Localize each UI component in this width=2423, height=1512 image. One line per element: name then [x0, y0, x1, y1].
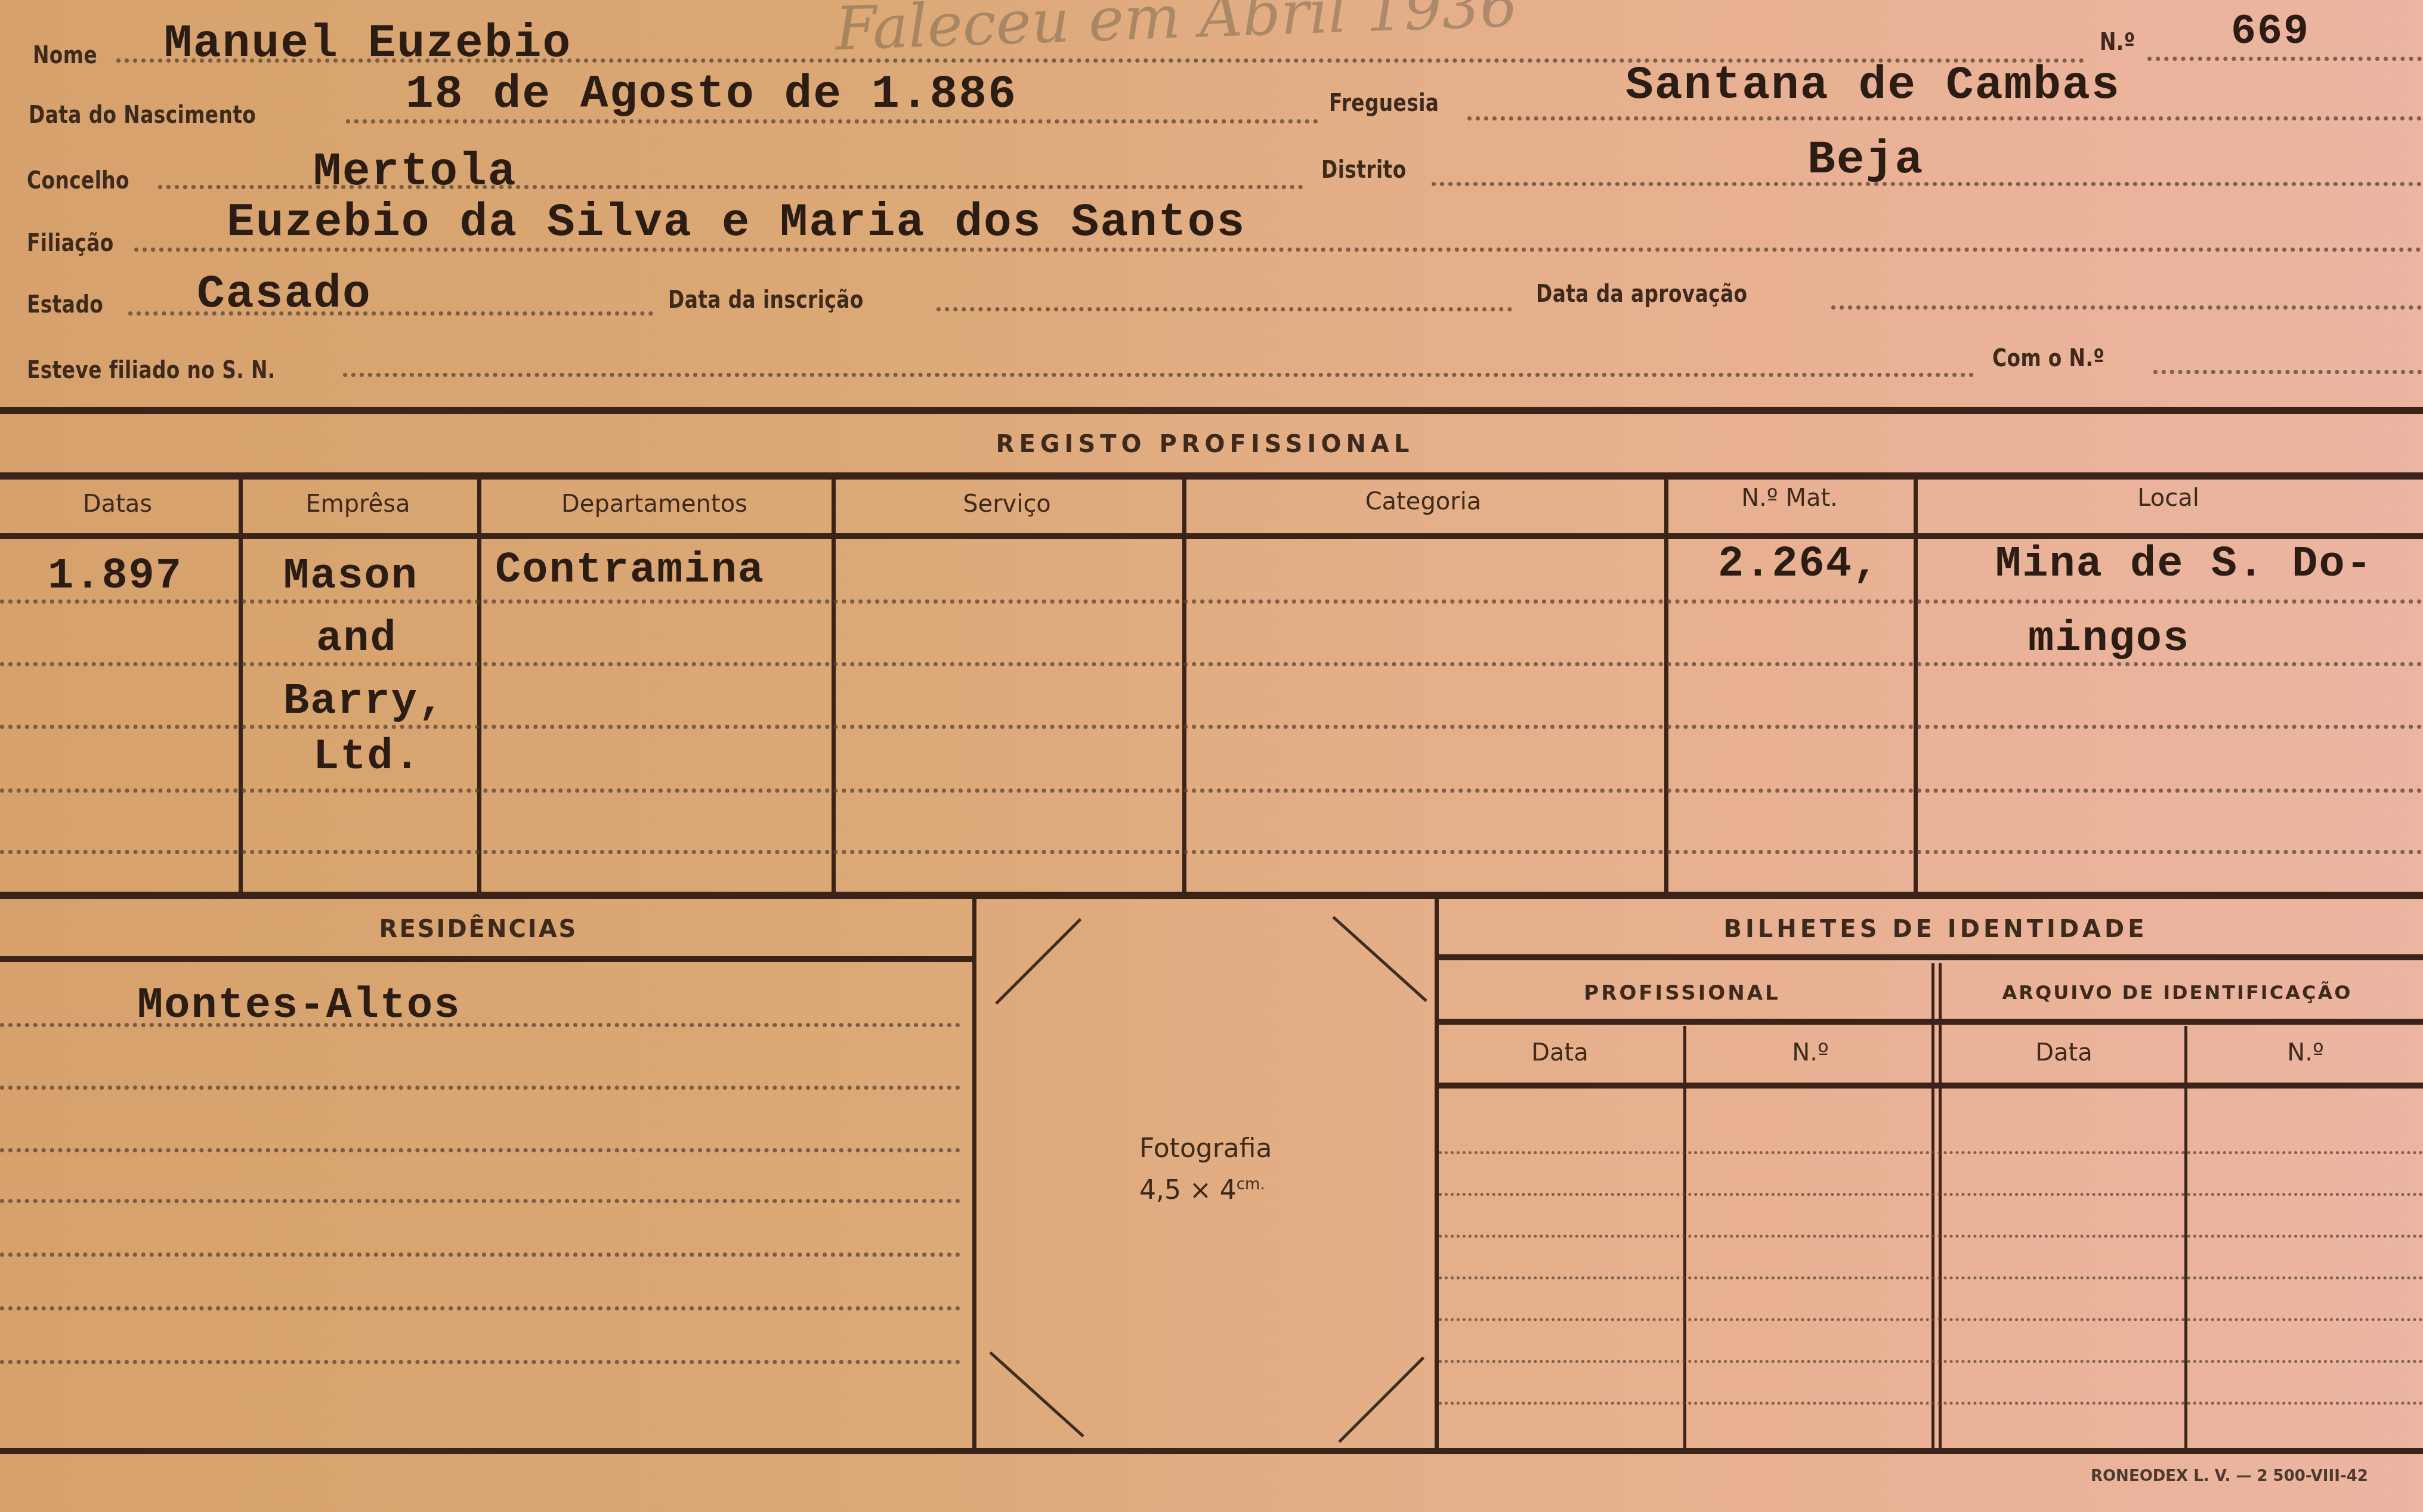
label-numero: N.º: [2100, 29, 2135, 56]
divider-bilhetes-header: [1439, 954, 2423, 960]
entry-empresa-line-4[interactable]: Ltd.: [313, 732, 421, 781]
col-sep-2: [477, 477, 481, 892]
divider-residencias-header: [0, 956, 972, 962]
photo-corner-bottom-left: [989, 1352, 1084, 1437]
entry-empresa-line-1[interactable]: Mason: [283, 552, 418, 601]
label-data-nascimento: Data do Nascimento: [29, 101, 256, 129]
photo-size-unit: cm.: [1237, 1176, 1265, 1193]
section-title-bilhetes: BILHETES DE IDENTIDADE: [1723, 916, 2147, 943]
label-com-o-numero: Com o N.º: [1992, 345, 2104, 372]
arq-col-sep: [2184, 1026, 2187, 1449]
row-line-5: [0, 850, 2423, 854]
entry-datas[interactable]: 1.897: [48, 552, 183, 601]
prof-header-numero: N.º: [1792, 1039, 1828, 1066]
label-estado: Estado: [27, 291, 103, 319]
value-data-nascimento[interactable]: 18 de Agosto de 1.886: [406, 69, 1017, 121]
col-header-departamentos: Departamentos: [561, 490, 747, 518]
line-numero: [2147, 57, 2422, 61]
label-esteve-filiado: Esteve filiado no S. N.: [27, 357, 276, 384]
residencias-right-border: [972, 899, 976, 1451]
line-distrito: [1432, 182, 2422, 186]
photo-corner-bottom-right: [1338, 1356, 1424, 1443]
subsection-profissional: PROFISSIONAL: [1584, 981, 1780, 1005]
divider-bilhetes-columns: [1439, 1083, 2423, 1089]
row-line-4: [0, 789, 2423, 793]
line-com-o-numero[interactable]: [2153, 370, 2422, 374]
bilhete-row-line-2: [1439, 1193, 2423, 1196]
residencia-line-4: [0, 1199, 960, 1203]
photo-size: 4,5 × 4cm.: [1139, 1175, 1265, 1205]
col-header-datas: Datas: [83, 490, 152, 518]
entry-local-line-2[interactable]: mingos: [2028, 614, 2190, 663]
residencia-line-7: [0, 1360, 960, 1364]
value-freguesia[interactable]: Santana de Cambas: [1625, 60, 2121, 112]
section-title-registo: REGISTO PROFISSIONAL: [996, 431, 1414, 458]
col-header-empresa: Emprêsa: [305, 490, 410, 518]
printer-mark: RONEODEX L. V. — 2 500-VIII-42: [2091, 1467, 2368, 1485]
bilhete-row-line-4: [1439, 1276, 2423, 1279]
col-sep-3: [832, 477, 836, 892]
label-nome: Nome: [33, 42, 97, 69]
label-data-aprovacao: Data da aprovação: [1536, 280, 1748, 308]
col-sep-1: [239, 477, 243, 892]
col-header-servico: Serviço: [963, 490, 1051, 518]
section-title-residencias: RESIDÊNCIAS: [379, 916, 578, 943]
entry-n-mat[interactable]: 2.264,: [1718, 540, 1880, 589]
photo-corner-top-left: [995, 918, 1081, 1004]
col-sep-4: [1182, 477, 1186, 892]
bilhete-row-line-5: [1439, 1318, 2423, 1321]
bilhetes-left-border: [1435, 899, 1439, 1451]
entry-local-line-1[interactable]: Mina de S. Do-: [1995, 540, 2373, 589]
photo-size-value: 4,5 × 4: [1139, 1175, 1237, 1205]
bilhetes-split-2: [1939, 963, 1942, 1449]
divider-bottom: [0, 1448, 2423, 1454]
residencia-line-1: [0, 1023, 960, 1027]
residencia-line-2: [0, 1086, 960, 1090]
bilhete-row-line-1: [1439, 1151, 2423, 1154]
registration-card: Faleceu em Abril 1936 Nome Manuel Euzebi…: [0, 0, 2423, 1512]
col-header-local: Local: [2137, 484, 2199, 512]
photo-label: Fotografia: [1139, 1133, 1272, 1164]
label-distrito: Distrito: [1321, 156, 1407, 184]
residencia-line-5: [0, 1253, 960, 1257]
arq-header-data: Data: [2035, 1039, 2093, 1066]
value-estado[interactable]: Casado: [197, 268, 372, 321]
value-concelho[interactable]: Mertola: [313, 146, 517, 199]
entry-departamentos[interactable]: Contramina: [495, 546, 765, 595]
divider-registo-columns: [0, 533, 2423, 539]
handwritten-note: Faleceu em Abril 1936: [834, 0, 1519, 64]
entry-empresa-line-3[interactable]: Barry,: [283, 677, 445, 726]
bilhete-row-line-7: [1439, 1402, 2423, 1405]
col-sep-5: [1664, 477, 1668, 892]
arq-header-numero: N.º: [2287, 1039, 2323, 1066]
line-esteve-filiado[interactable]: [343, 373, 1974, 377]
divider-registo-header: [0, 472, 2423, 480]
line-data-inscricao[interactable]: [937, 307, 1512, 311]
prof-header-data: Data: [1531, 1039, 1588, 1066]
subsection-arquivo: ARQUIVO DE IDENTIFICAÇÃO: [2002, 981, 2353, 1004]
prof-col-sep: [1683, 1026, 1686, 1449]
label-data-inscricao: Data da inscrição: [668, 286, 864, 314]
bilhetes-split-1: [1931, 963, 1934, 1449]
line-freguesia: [1467, 116, 2422, 120]
divider-bilhetes-sub: [1439, 1019, 2423, 1025]
value-distrito[interactable]: Beja: [1807, 134, 1924, 187]
col-header-categoria: Categoria: [1365, 488, 1482, 515]
photo-placeholder[interactable]: Fotografia 4,5 × 4cm.: [978, 901, 1438, 1449]
value-filiacao[interactable]: Euzebio da Silva e Maria dos Santos: [227, 197, 1246, 249]
label-freguesia: Freguesia: [1329, 89, 1439, 117]
residencia-line-3: [0, 1148, 960, 1152]
col-sep-6: [1914, 477, 1918, 892]
bilhete-row-line-3: [1439, 1235, 2423, 1238]
bilhete-row-line-6: [1439, 1360, 2423, 1363]
label-filiacao: Filiação: [27, 230, 114, 257]
entry-empresa-line-2[interactable]: and: [316, 614, 397, 663]
photo-corner-top-right: [1332, 916, 1427, 1002]
value-numero[interactable]: 669: [2231, 9, 2310, 56]
divider-registo-bottom: [0, 892, 2423, 899]
label-concelho: Concelho: [27, 167, 129, 194]
divider-top: [0, 407, 2423, 414]
col-header-n-mat: N.º Mat.: [1741, 484, 1838, 512]
line-data-aprovacao[interactable]: [1831, 305, 2422, 310]
residencia-line-6: [0, 1306, 960, 1310]
value-nome[interactable]: Manuel Euzebio: [164, 18, 571, 70]
